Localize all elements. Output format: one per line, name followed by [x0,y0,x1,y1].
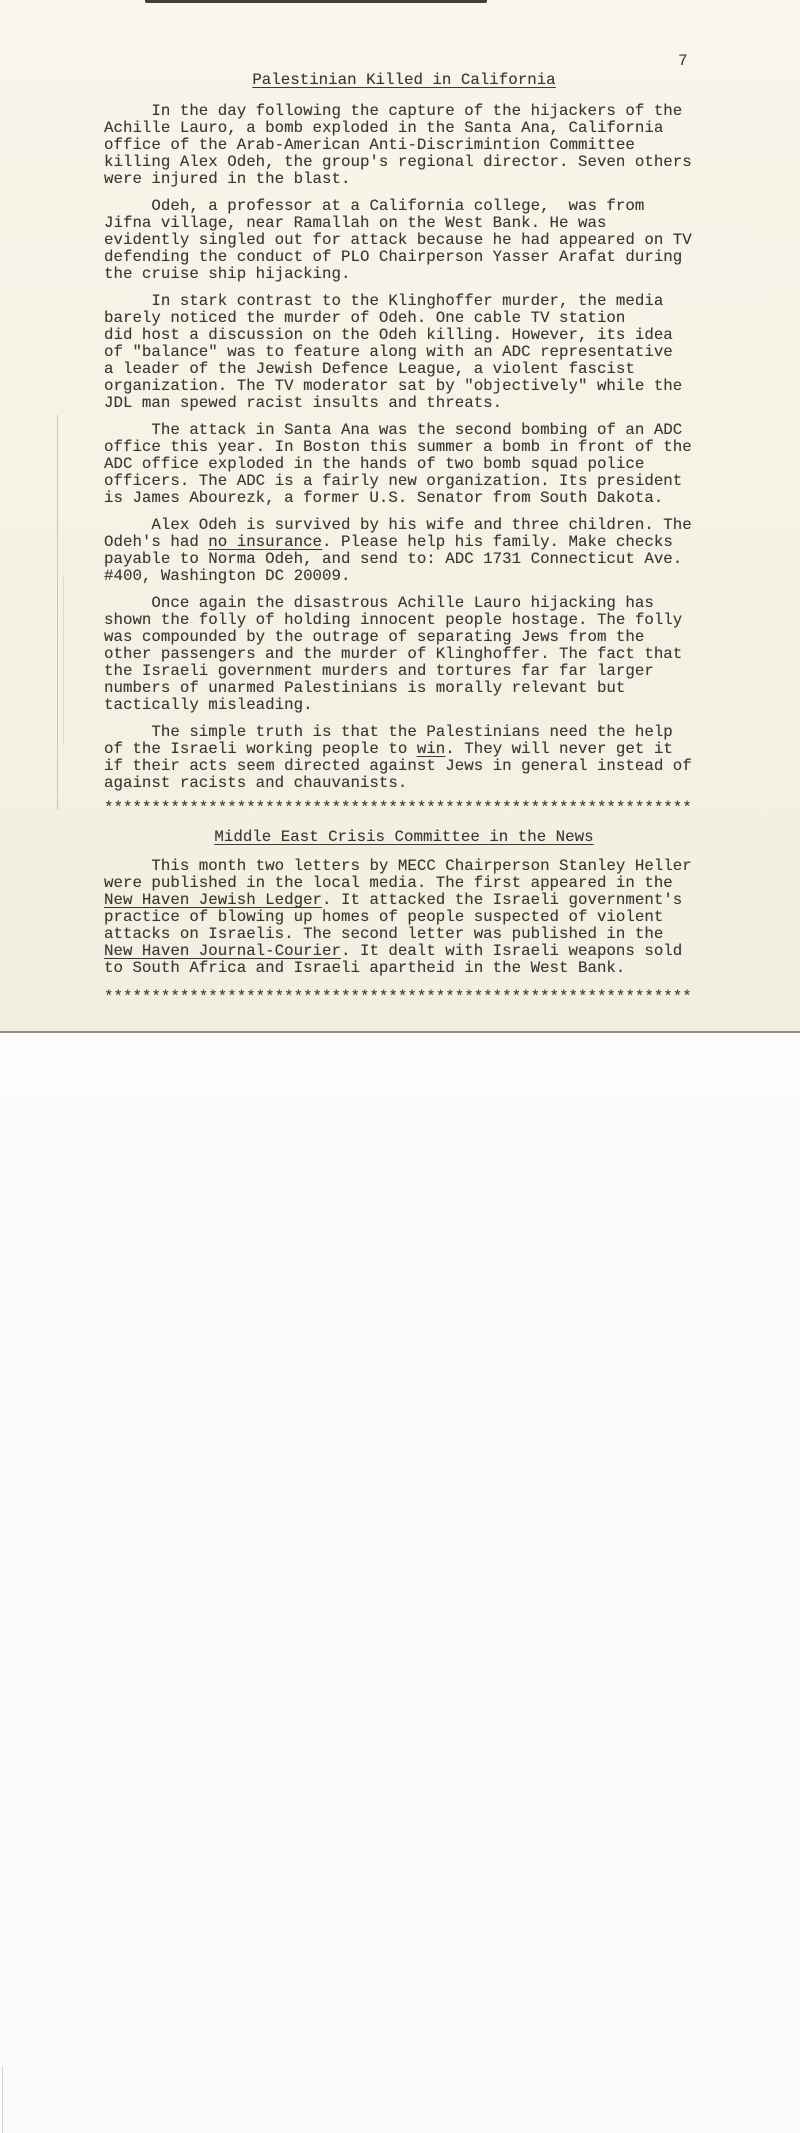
separator-line: ****************************************… [104,989,704,1006]
document-section: Palestinian Killed in California In the … [104,72,704,792]
paragraph: Odeh, a professor at a California colleg… [104,198,704,283]
section-title: Palestinian Killed in California [104,72,704,89]
scan-background [0,1031,800,1100]
scan-artifact-line [57,415,58,810]
document-page: 7 Palestinian Killed in California In th… [0,0,800,1031]
paragraph: This month two letters by MECC Chairpers… [104,858,704,977]
paragraph: In the day following the capture of the … [104,103,704,188]
document-section: Middle East Crisis Committee in the News… [104,829,704,977]
paragraph: Alex Odeh is survived by his wife and th… [104,517,704,585]
separator-line: ****************************************… [104,800,704,817]
paragraph: In stark contrast to the Klinghoffer mur… [104,293,704,412]
section-title: Middle East Crisis Committee in the News [104,829,704,846]
paragraph: The simple truth is that the Palestinian… [104,724,704,792]
paragraph: Once again the disastrous Achille Lauro … [104,595,704,714]
scan-artifact-line [63,577,64,745]
document-body: Palestinian Killed in California In the … [104,0,704,1006]
paragraph: The attack in Santa Ana was the second b… [104,422,704,507]
